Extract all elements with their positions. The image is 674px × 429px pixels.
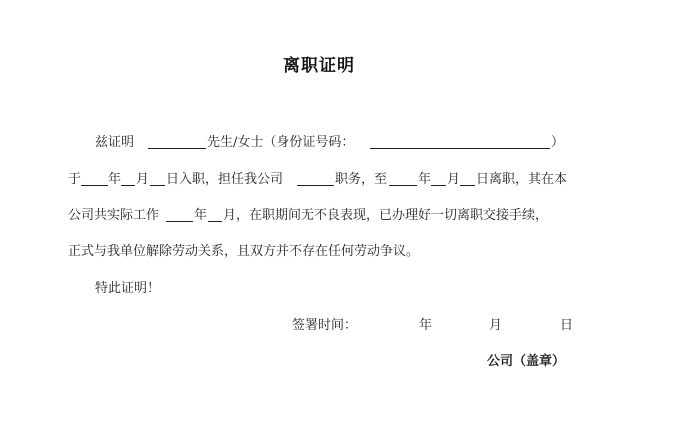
text-position-until: 职务，至 <box>335 171 387 189</box>
line-work-duration: 公司共实际工作 年 月，在职期间无不良表现，已办理好一切离职交接手续， <box>0 207 674 225</box>
signature-date-label: 签署时间： <box>292 317 357 335</box>
signature-date-line: 签署时间： 年 月 日 <box>0 317 674 335</box>
line-employment-dates: 于 年 月 日入职，担任我公司 职务，至 年 月 日离职，其在本 <box>0 171 674 189</box>
blank-position[interactable] <box>297 185 334 186</box>
text-year: 年 <box>108 171 121 189</box>
text-hereby-certify: 特此证明！ <box>95 281 160 296</box>
text-month: 月 <box>136 171 149 189</box>
text-termination: 正式与我单位解除劳动关系，且双方并不存在任何劳动争议。 <box>68 244 419 259</box>
text-year-2: 年 <box>418 171 431 189</box>
blank-duration-years[interactable] <box>166 221 193 222</box>
text-month-2: 月 <box>447 171 460 189</box>
blank-id-number[interactable] <box>370 148 550 149</box>
text-year-3: 年 <box>194 207 207 225</box>
blank-start-month[interactable] <box>121 185 135 186</box>
company-seal-label: 公司（盖章） <box>487 354 565 369</box>
text-conduct: 月，在职期间无不良表现，已办理好一切离职交接手续， <box>223 207 548 225</box>
text-actual-work: 公司共实际工作 <box>68 207 159 225</box>
document-page: 离职证明 兹证明 先生/女士（身份证号码： ） 于 年 月 日入职，担任我公司 … <box>0 0 674 429</box>
blank-end-month[interactable] <box>431 185 446 186</box>
company-seal-line: 公司（盖章） <box>487 353 565 371</box>
signature-month: 月 <box>489 317 502 335</box>
line-termination: 正式与我单位解除劳动关系，且双方并不存在任何劳动争议。 <box>68 243 419 261</box>
blank-duration-months[interactable] <box>208 221 222 222</box>
text-close-paren: ） <box>551 134 564 152</box>
line-hereby-certify: 特此证明！ <box>95 280 160 298</box>
text-left-company: 日离职，其在本 <box>476 171 567 189</box>
text-from: 于 <box>68 171 81 189</box>
signature-year: 年 <box>419 317 432 335</box>
blank-end-year[interactable] <box>389 185 417 186</box>
blank-end-day[interactable] <box>460 185 475 186</box>
blank-start-year[interactable] <box>81 185 108 186</box>
signature-day: 日 <box>560 317 573 335</box>
document-title: 离职证明 <box>283 51 355 76</box>
text-certify: 兹证明 <box>95 134 134 152</box>
blank-start-day[interactable] <box>150 185 165 186</box>
text-joined-position: 日入职，担任我公司 <box>166 171 283 189</box>
line-certify-name: 兹证明 先生/女士（身份证号码： ） <box>0 134 674 152</box>
text-gender-id: 先生/女士（身份证号码： <box>207 134 354 152</box>
blank-name[interactable] <box>148 148 206 149</box>
